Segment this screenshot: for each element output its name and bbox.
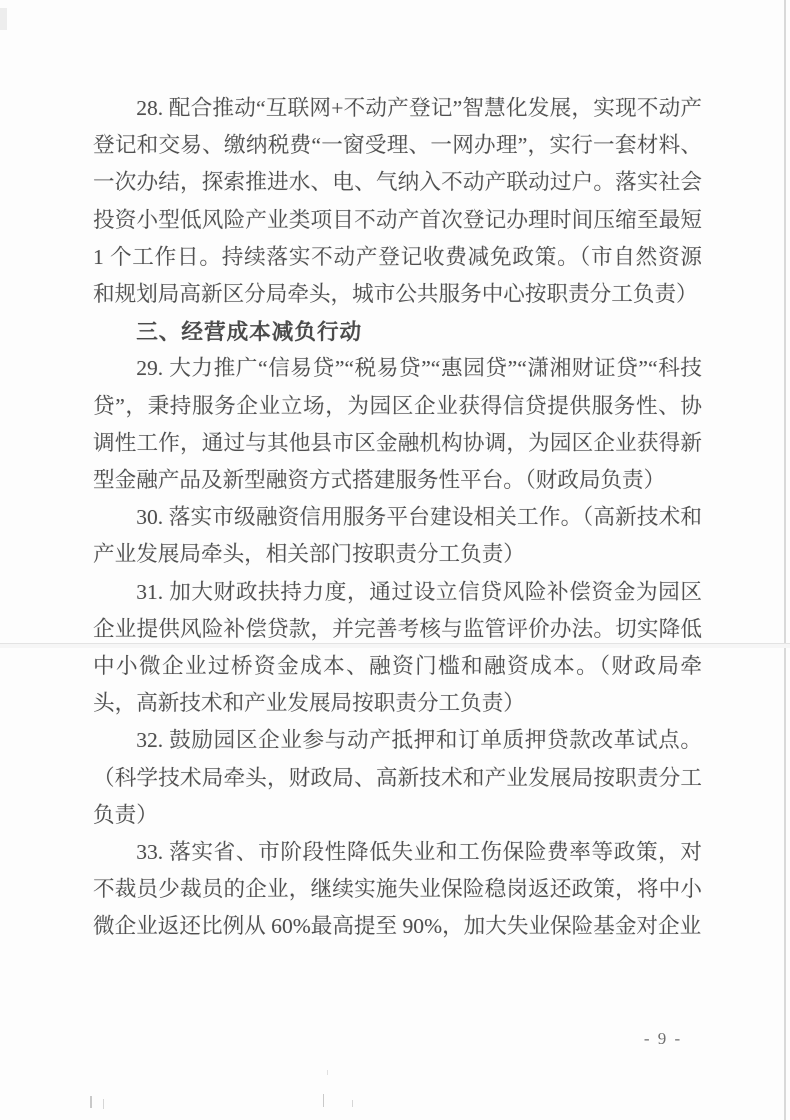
paragraph-item-32: 32. 鼓励园区企业参与动产抵押和订单质押贷款改革试点。（科学技术局牵头，财政局… bbox=[93, 722, 702, 834]
scan-artifact-mark bbox=[103, 1099, 104, 1109]
scan-page-edge bbox=[784, 0, 786, 1120]
page-number: - 9 - bbox=[613, 1029, 713, 1049]
scanned-document-page: 28. 配合推动“互联网+不动产登记”智慧化发展，实现不动产登记和交易、缴纳税费… bbox=[0, 0, 790, 1120]
paragraph-item-28: 28. 配合推动“互联网+不动产登记”智慧化发展，实现不动产登记和交易、缴纳税费… bbox=[93, 90, 702, 313]
paragraph-item-31: 31. 加大财政扶持力度，通过设立信贷风险补偿资金为园区企业提供风险补偿贷款，并… bbox=[93, 574, 702, 723]
scan-artifact-mark bbox=[352, 1100, 353, 1107]
paragraph-item-30: 30. 落实市级融资信用服务平台建设相关工作。（高新技术和产业发展局牵头，相关部… bbox=[93, 499, 702, 573]
paragraph-item-33: 33. 落实省、市阶段性降低失业和工伤保险费率等政策，对不裁员少裁员的企业，继续… bbox=[93, 834, 702, 946]
scan-artifact-mark bbox=[327, 1070, 328, 1075]
section-heading: 三、经营成本减负行动 bbox=[93, 313, 702, 350]
scan-artifact-mark bbox=[90, 1096, 92, 1108]
paragraph-item-29: 29. 大力推广“信易贷”“税易贷”“惠园贷”“潇湘财证贷”“科技贷”，秉持服务… bbox=[93, 350, 702, 499]
scan-corner-smudge bbox=[0, 8, 7, 30]
document-body: 28. 配合推动“互联网+不动产登记”智慧化发展，实现不动产登记和交易、缴纳税费… bbox=[93, 90, 702, 946]
scan-seam-line bbox=[0, 643, 790, 648]
scan-artifact-mark bbox=[323, 1094, 324, 1107]
